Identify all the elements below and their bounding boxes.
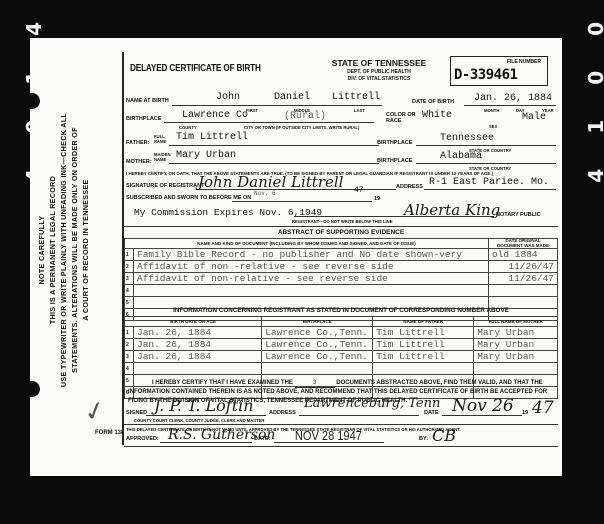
note-line-3: STATEMENTS. ALTERATIONS WILL BE MADE ONL… <box>69 80 80 420</box>
cert-address: Lawrenceburg, Tenn <box>304 396 440 411</box>
info-col-date: BIRTH DATE OR AGE <box>125 317 262 327</box>
info-place: Lawrence Co.,Tenn. <box>262 351 373 363</box>
mother-label: MOTHER: <box>126 159 152 165</box>
division-name: DIV. OF VITAL STATISTICS <box>314 76 444 83</box>
info-date <box>134 363 262 375</box>
cert-text-1: I HEREBY CERTIFY THAT I HAVE EXAMINED TH… <box>128 380 293 386</box>
info-header-row: BIRTH DATE OR AGE BIRTHPLACE NAME OF FAT… <box>125 317 558 327</box>
dept-name: DEPT. OF PUBLIC HEALTH <box>314 69 444 76</box>
registrant-signature: John Daniel Littrell <box>198 173 343 191</box>
approved-label: APPROVED: <box>126 436 159 442</box>
birthplace-line <box>164 122 374 123</box>
signed-line <box>146 415 266 416</box>
info-row: 4 <box>125 363 558 375</box>
note-line-1: THIS IS A PERMANENT LEGAL RECORD <box>47 80 58 420</box>
evidence-header-row: NAME AND KIND OF DOCUMENT (INCLUDING BY … <box>125 239 558 249</box>
row-number: 1 <box>125 249 134 261</box>
info-mother: Mary Urban <box>474 351 558 363</box>
mother-birthplace-label: BIRTHPLACE <box>377 158 412 164</box>
birthplace-label: BIRTHPLACE <box>126 116 161 122</box>
evidence-doc: Affidavit of non-relative - see reverse … <box>134 273 489 285</box>
row-number: 1 <box>125 327 134 339</box>
approved-date-stamp: NOV 28 1947 <box>295 428 362 443</box>
by-initials: CB <box>432 426 456 445</box>
mother-maiden-label: MAIDEN NAME <box>154 152 170 162</box>
info-heading: INFORMATION CONCERNING REGISTRANT AS STA… <box>124 307 558 314</box>
signed-label: SIGNED <box>126 410 147 416</box>
info-father <box>373 363 474 375</box>
father-birthplace: Tennessee <box>440 133 494 144</box>
mother-line <box>169 163 379 164</box>
by-label: BY: <box>419 436 428 442</box>
cert-date-label: DATE <box>424 410 439 416</box>
evidence-doc-header: NAME AND KIND OF DOCUMENT (INCLUDING BY … <box>125 239 489 249</box>
date-of-birth: Jan. 26, 1884 <box>474 93 552 104</box>
divider-bottom <box>124 446 558 447</box>
info-mother <box>474 363 558 375</box>
info-father: Tim Littrell <box>373 351 474 363</box>
note-line-4: A COURT OF RECORD IN TENNESSEE <box>80 80 91 420</box>
department-heading: DEPT. OF PUBLIC HEALTH DIV. OF VITAL STA… <box>314 69 444 83</box>
first-name: John <box>216 92 240 103</box>
evidence-date: old 1884 <box>489 249 558 261</box>
row-number: 3 <box>125 273 134 285</box>
state-heading: STATE OF TENNESSEE <box>314 58 444 68</box>
sex: Male <box>522 112 546 123</box>
signed-sublabel: COUNTY COURT CLERK, COUNTY JUDGE, CLERK … <box>134 418 264 423</box>
birth-city: (Rural) <box>284 111 326 122</box>
info-date: Jan. 26, 1884 <box>134 327 262 339</box>
sworn-year-prefix: 19 <box>374 196 380 202</box>
cert-date: Nov 26 <box>452 396 514 416</box>
info-father: Tim Littrell <box>373 327 474 339</box>
evidence-date <box>489 285 558 297</box>
note-heading: NOTE CAREFULLY <box>36 80 47 420</box>
evidence-row: 3Affidavit of non-relative - see reverse… <box>125 273 558 285</box>
file-number: D-339461 <box>454 67 517 83</box>
row-number: 3 <box>125 351 134 363</box>
row-number: 2 <box>125 339 134 351</box>
month-label: MONTH <box>484 108 499 113</box>
evidence-row: 1Family Bible Record - no publisher and … <box>125 249 558 261</box>
note-line-2: USE TYPEWRITER OR WRITE PLAINLY WITH UNF… <box>58 80 69 420</box>
document-count: 3 <box>295 378 335 388</box>
form-number: FORM 138 <box>95 430 124 436</box>
notary-signature: Alberta King <box>404 201 500 219</box>
name-at-birth-label: NAME AT BIRTH <box>126 98 169 104</box>
info-father: Tim Littrell <box>373 339 474 351</box>
last-label: LAST <box>354 108 365 113</box>
registrant-signature-label: SIGNATURE OF REGISTRANT <box>126 183 204 189</box>
cert-year-prefix: 19 <box>522 410 528 416</box>
info-place <box>262 363 373 375</box>
dob-label: DATE OF BIRTH <box>412 99 454 105</box>
father-label: FATHER: <box>126 140 149 146</box>
color-label: COLOR OR RACE <box>386 112 416 124</box>
evidence-doc <box>134 285 489 297</box>
county-label: COUNTY <box>179 125 197 130</box>
divider <box>124 424 558 425</box>
middle-name: Daniel <box>274 92 310 103</box>
mother-birthplace-line <box>416 163 556 164</box>
evidence-date: 11/26/47 <box>489 261 558 273</box>
approved-date-label: DATE: <box>254 436 270 442</box>
info-row: 3Jan. 26, 1884Lawrence Co.,Tenn.Tim Litt… <box>125 351 558 363</box>
file-number-box: FILE NUMBER D-339461 <box>450 56 548 86</box>
father-name: Tim Littrell <box>176 132 248 143</box>
notary-label: NOTARY PUBLIC <box>496 212 541 218</box>
info-place: Lawrence Co.,Tenn. <box>262 327 373 339</box>
cert-address-line <box>299 415 419 416</box>
last-name: Littrell <box>332 92 380 103</box>
address-line <box>424 189 556 190</box>
info-col-father: NAME OF FATHER <box>373 317 474 327</box>
do-not-write-notice: REGISTRANT—DO NOT WRITE BELOW THIS LINE <box>292 219 393 224</box>
mother-name: Mary Urban <box>176 150 236 161</box>
file-number-label: FILE NUMBER <box>507 59 541 65</box>
info-mother: Mary Urban <box>474 327 558 339</box>
evidence-heading: ABSTRACT OF SUPPORTING EVIDENCE <box>124 229 558 236</box>
address-label: ADDRESS <box>396 184 423 190</box>
clerk-signature: J. P. T. Loftin <box>154 396 254 415</box>
certificate-title: DELAYED CERTIFICATE OF BIRTH <box>130 62 261 74</box>
father-birthplace-line <box>416 145 556 146</box>
info-col-birthplace: BIRTHPLACE <box>262 317 373 327</box>
evidence-doc: Affidavit of non -relative - see reverse… <box>134 261 489 273</box>
dob-line <box>464 105 556 106</box>
sworn-date-line <box>232 201 372 202</box>
row-number: 4 <box>125 285 134 297</box>
evidence-doc: Family Bible Record - no publisher and N… <box>134 249 489 261</box>
info-place: Lawrence Co.,Tenn. <box>262 339 373 351</box>
divider <box>124 226 558 227</box>
sworn-year: 47 <box>354 186 364 195</box>
info-row: 1Jan. 26, 1884Lawrence Co.,Tenn.Tim Litt… <box>125 327 558 339</box>
evidence-date: 11/26/47 <box>489 273 558 285</box>
info-col-mother: FULL NAME OF MOTHER <box>474 317 558 327</box>
mother-birthplace: Alabama <box>440 151 482 162</box>
cert-address-label: ADDRESS <box>269 410 296 416</box>
cert-year: 47 <box>532 398 554 418</box>
evidence-row: 4 <box>125 285 558 297</box>
birth-county: Lawrence Co <box>182 110 248 121</box>
registrant-address: R-1 East Pariee. Mo. <box>429 177 549 188</box>
row-number: 4 <box>125 363 134 375</box>
certificate-form: DELAYED CERTIFICATE OF BIRTH STATE OF TE… <box>122 52 558 445</box>
color-race: White <box>422 110 452 121</box>
row-number: 2 <box>125 261 134 273</box>
father-fullname-label: FULL NAME <box>154 134 168 144</box>
city-label: CITY OR TOWN (IF OUTSIDE CITY LIMITS, WR… <box>244 125 359 130</box>
info-date: Jan. 26, 1884 <box>134 339 262 351</box>
info-row: 2Jan. 26, 1884Lawrence Co.,Tenn.Tim Litt… <box>125 339 558 351</box>
side-note: NOTE CAREFULLY THIS IS A PERMANENT LEGAL… <box>36 80 116 420</box>
evidence-row: 2Affidavit of non -relative - see revers… <box>125 261 558 273</box>
info-mother: Mary Urban <box>474 339 558 351</box>
reel-number-right: 4 1 0 0 <box>584 8 604 183</box>
sex-label: SEX <box>489 124 497 129</box>
father-birthplace-label: BIRTHPLACE <box>377 140 412 146</box>
info-date: Jan. 26, 1884 <box>134 351 262 363</box>
evidence-date-header: DATE ORIGINAL DOCUMENT WAS MADE <box>489 239 558 249</box>
name-line <box>172 105 382 106</box>
father-line <box>169 145 379 146</box>
sworn-date: Nov. 6 <box>254 190 276 197</box>
